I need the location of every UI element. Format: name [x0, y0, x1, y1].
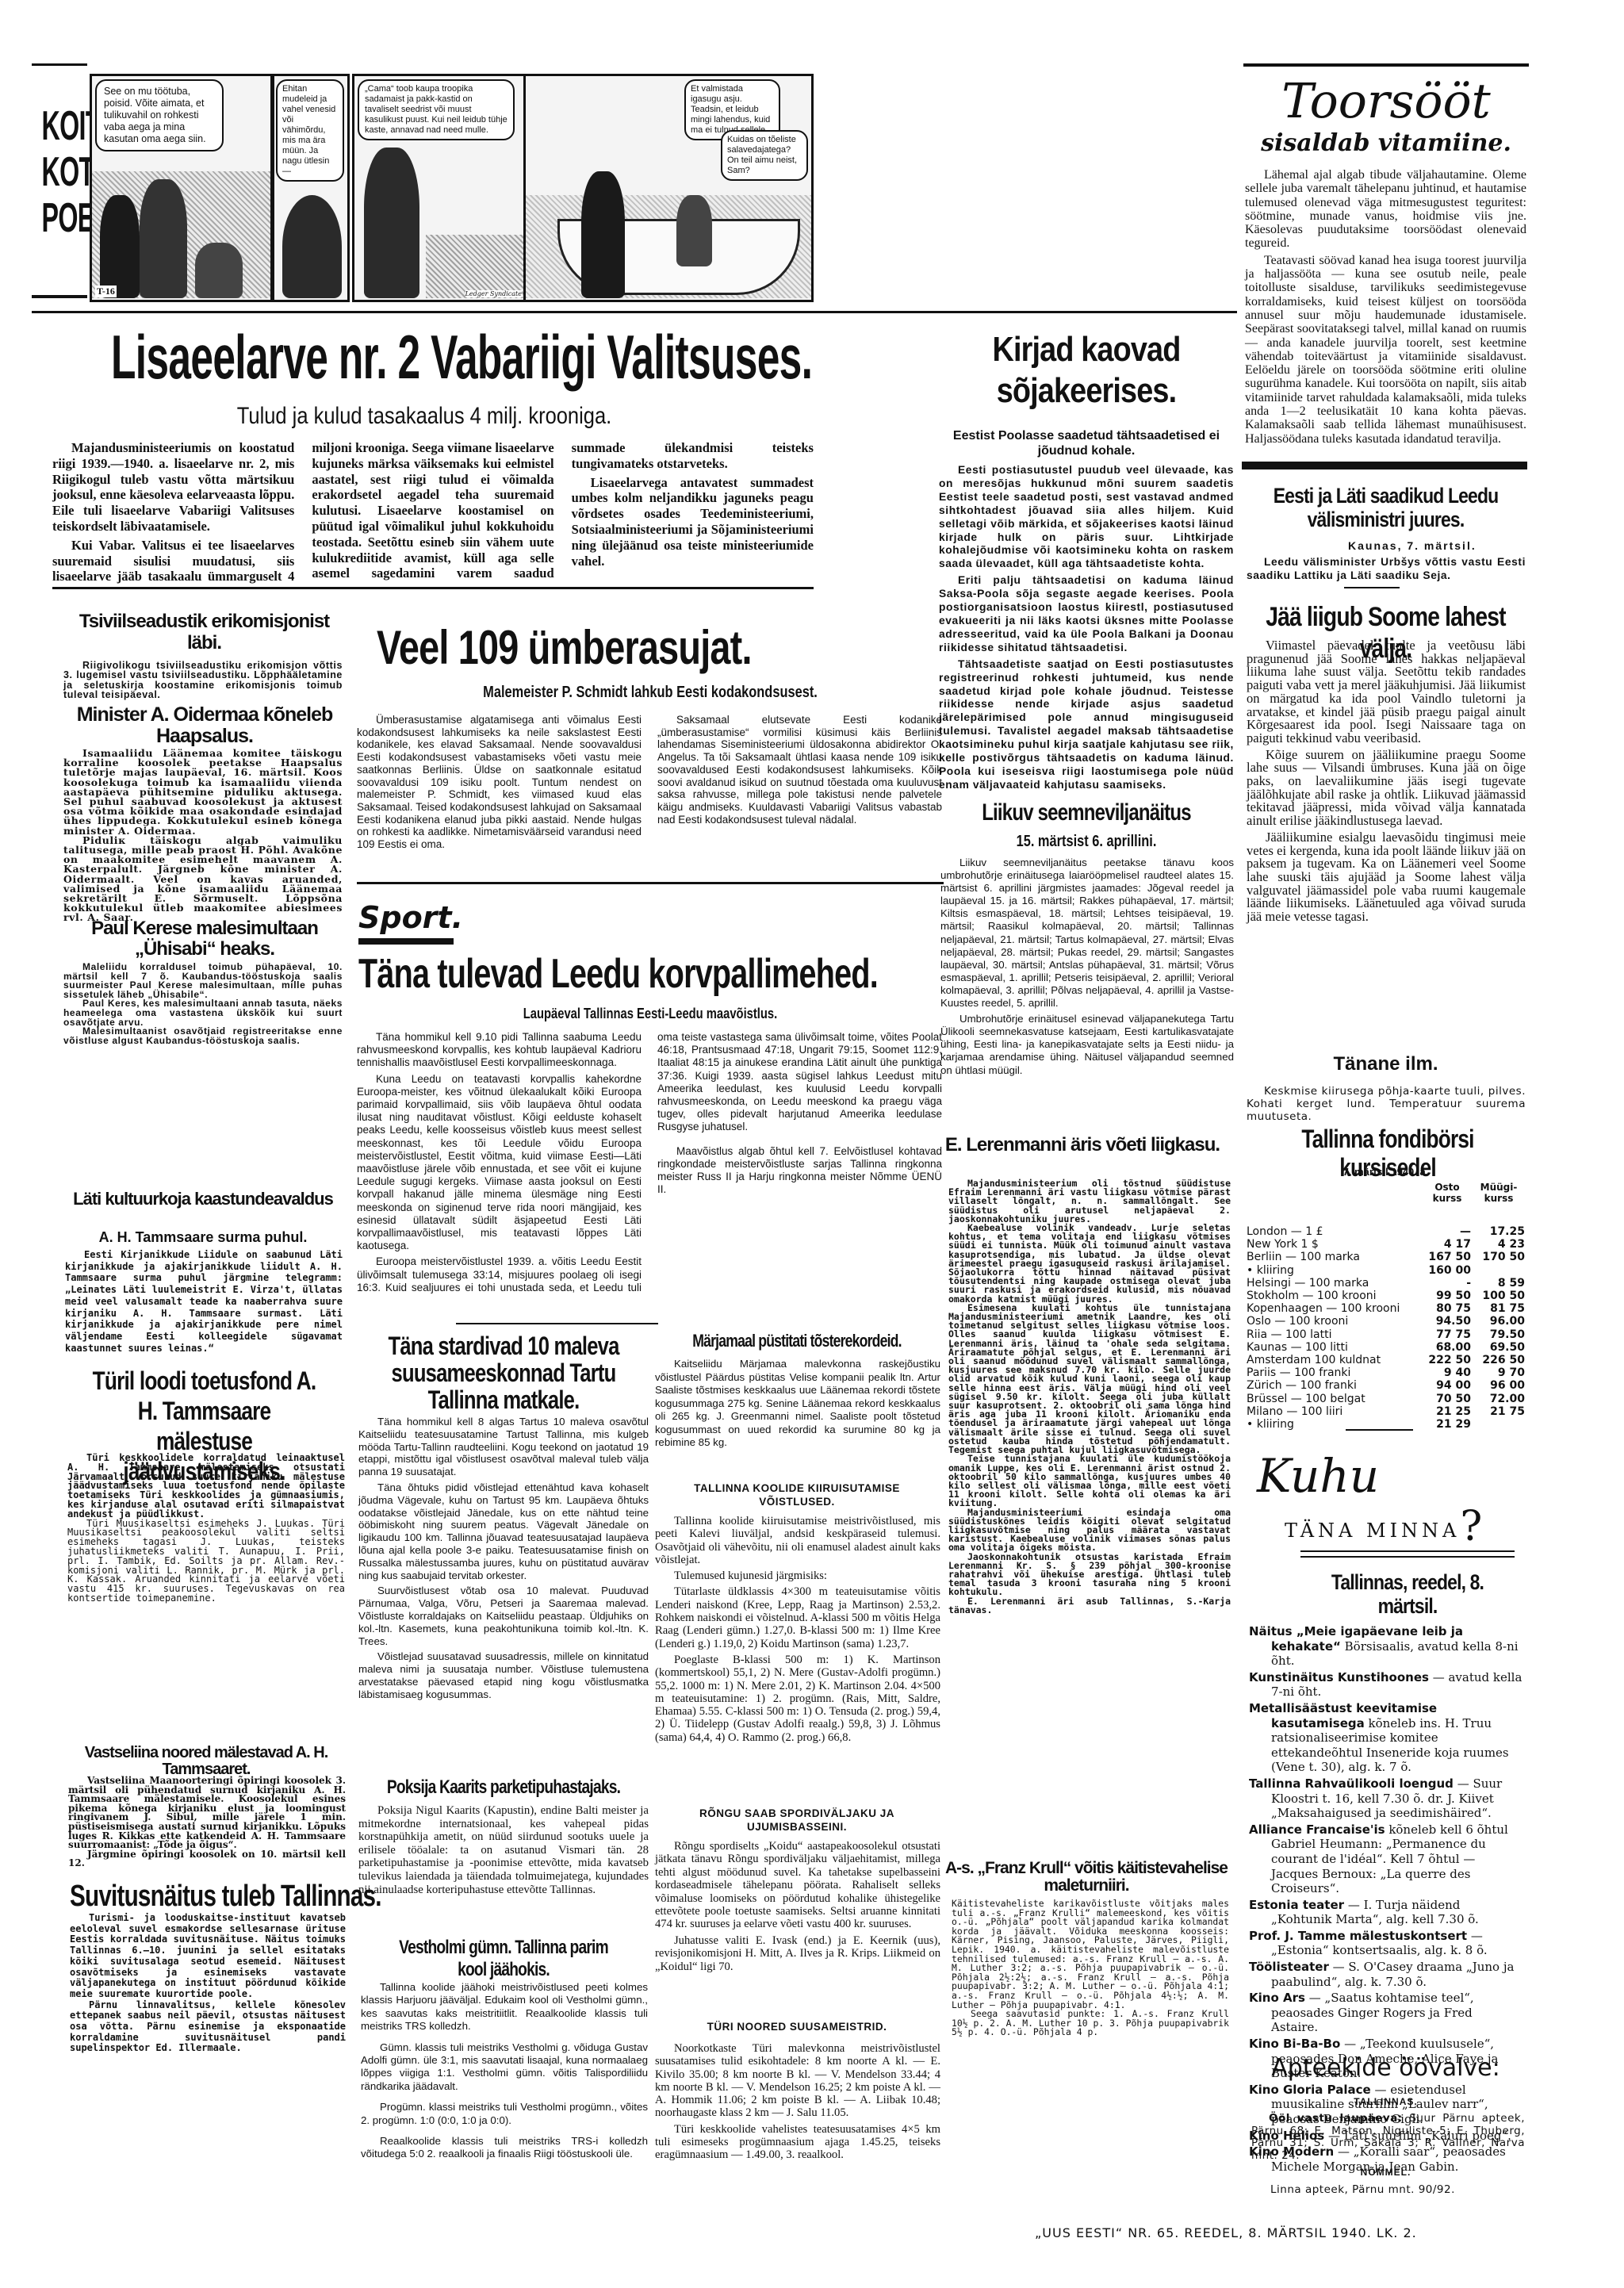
- event-name: Alliance Francaise'is: [1249, 1822, 1385, 1837]
- rule: [52, 587, 814, 589]
- event-item: Näitus „Meie igapäevane leib ja kehakate…: [1249, 1624, 1522, 1669]
- paragraph: Maavõistlus algab õhtul kell 7. Eelvõist…: [657, 1145, 942, 1197]
- buy-rate: 167 50: [1419, 1251, 1473, 1263]
- kirjad-headline: Kirjad kaovad sõjakeerises.: [957, 329, 1216, 412]
- paragraph: Teatavasti söövad kanad hea isuga toores…: [1245, 254, 1526, 446]
- events-list: Näitus „Meie igapäevane leib ja kehakate…: [1249, 1624, 1522, 2175]
- currency-label: London — 1 £: [1245, 1225, 1419, 1238]
- marjamaa-text: Kaitseliidu Märjamaa malevkonna raskejõu…: [655, 1358, 940, 1450]
- vastseliina-headline: Vastseliina noored mälestavad A. H. Tamm…: [79, 1745, 333, 1778]
- kirjad-subhead: Eestist Poolasse saadetud tähtsaadetised…: [936, 428, 1237, 458]
- buy-rate: 94 00: [1419, 1379, 1473, 1392]
- paragraph: Kuna Leedu on teatavasti korvpallis kahe…: [357, 1073, 642, 1253]
- saadikud-dateline: Kaunas, 7. märtsil.: [1348, 539, 1477, 552]
- sell-rate: 226 50: [1473, 1354, 1526, 1366]
- oidermaa-body: Isamaaliidu Läänemaa komitee täiskogu ko…: [63, 749, 343, 923]
- event-name: Kino Bi-Ba-Bo: [1249, 2037, 1340, 2051]
- rule: [32, 63, 87, 66]
- comic-panel-3: „Cama“ toob kaupa troopika sadamaist ja …: [352, 74, 527, 302]
- event-item: Tööliste­ater — S. O'Casey draama „Juno …: [1249, 1960, 1522, 1989]
- paragraph: Tähtsaadetiste saatjad on Eesti postiasu…: [939, 658, 1234, 792]
- rule: [32, 295, 87, 298]
- paragraph: Eriti palju tähtsaadetisi on kaduma läin…: [939, 574, 1234, 654]
- event-name: Kino Ars: [1249, 1991, 1305, 2005]
- buy-rate: -: [1419, 1277, 1473, 1290]
- rule: [456, 1323, 658, 1324]
- lead-subhead: Tulud ja kulud tasakaalus 4 milj. krooni…: [165, 403, 684, 430]
- speech-bubble: Kuidas on tõeliste salavedajatega? On te…: [721, 130, 808, 181]
- currency-label: Kopenhaagen — 100 krooni: [1245, 1302, 1419, 1315]
- paragraph: Noorkotkaste Türi malevkonna meistrivõis…: [655, 2042, 940, 2120]
- exchange-rate-row: • kliiring160 00: [1245, 1264, 1526, 1277]
- rule: [1346, 1429, 1413, 1431]
- sell-rate: 170 50: [1473, 1251, 1526, 1263]
- comic-figure: [676, 195, 712, 266]
- currency-label: Milano — 100 liiri: [1245, 1405, 1419, 1418]
- sell-rate: 100 50: [1473, 1290, 1526, 1302]
- comic-figure: [581, 171, 625, 298]
- comic-title-line: POEG: [41, 195, 79, 241]
- bors-col-header-buy: Osto kurss: [1427, 1182, 1467, 1204]
- exchange-rate-row: Stokholm — 100 krooni99 50100 50: [1245, 1290, 1526, 1302]
- turi-suusk-headline: TÜRI NOORED SUUSAMEISTRID.: [658, 2021, 936, 2033]
- speech-bubble: Ehitan mudeleid ja vahel venesid või väh…: [276, 79, 344, 182]
- paragraph: Esimesena kuulati kohtus üle tunnistajan…: [948, 1304, 1231, 1454]
- paragraph: Progümn. klassi meistriks tuli Vestholmi…: [361, 2101, 648, 2127]
- seemne-headline: Liikuv seemneviljanäitus: [966, 801, 1207, 825]
- bors-date: 7. märtsil 1940. a.: [1245, 1166, 1526, 1178]
- sell-rate: 96 00: [1473, 1379, 1526, 1392]
- paragraph: Rõngu spordiselts „Koidu“ aastapeakoosol…: [655, 1840, 940, 1931]
- exchange-rate-row: Berliin — 100 marka167 50170 50: [1245, 1251, 1526, 1263]
- vestholm-body: Tallinna koolide jäähoki meistrivõistlus…: [361, 1981, 648, 2161]
- korvpall-headline: Täna tulevad Leedu korvpallimehed.: [358, 952, 878, 996]
- vastseliina-body: Vastseliina Maanoorteringi õpiringi koos…: [68, 1776, 346, 1868]
- paragraph: Poeglaste B-klassi 500 m: 1) K. Martinso…: [655, 1654, 940, 1744]
- sell-rate: 21 75: [1473, 1405, 1526, 1418]
- marjamaa-headline: Märjamaal püstitati tõsterekordeid.: [680, 1332, 914, 1350]
- currency-label: Amsterdam 100 kuldnat: [1245, 1354, 1419, 1366]
- currency-label: Helsingi — 100 marka: [1245, 1277, 1419, 1290]
- rule: [1344, 587, 1400, 588]
- comic-figure: [100, 195, 140, 298]
- comic-panel-4: Et valmistada igasugu asju. Teadsin, et …: [523, 74, 814, 302]
- buy-rate: 21 29: [1419, 1418, 1473, 1431]
- event-name: Tööliste­ater: [1249, 1960, 1329, 1974]
- paragraph: Kõige suurem on jääliikumine praegu Soom…: [1247, 749, 1526, 828]
- paragraph: Liikuv seemneviljanäitus peetakse tänavu…: [940, 857, 1234, 1010]
- paragraph: Reaalkoolide klassis tuli meistriks TRS-…: [361, 2135, 648, 2161]
- syndicate-credit: Ledger Syndicate: [465, 290, 522, 297]
- exchange-rate-row: Pariis — 100 franki9 409 70: [1245, 1366, 1526, 1379]
- rongu-body: Rõngu spordiselts „Koidu“ aastapeakoosol…: [655, 1840, 940, 1973]
- paragraph: Juhatusse valiti E. Ivask (end.) ja E. K…: [655, 1934, 940, 1973]
- poksija-headline: Poksija Kaarits parketipuhastajaks.: [383, 1778, 624, 1797]
- buy-rate: 4 17: [1419, 1238, 1473, 1251]
- event-item: Estonia teater — I. Turja näidend „Kohtu…: [1249, 1898, 1522, 1927]
- paragraph: Kaebealuse volinik vandeadv. Lurje selet…: [948, 1224, 1231, 1304]
- paragraph: Paul Keres, kes malesimultaani annab tas…: [63, 999, 343, 1027]
- lati-text: Eesti Kirjanikkude Liidule on saabunud L…: [65, 1249, 343, 1354]
- poksija-text: Poksija Nigul Kaarits (Kapustin), endine…: [358, 1804, 649, 1896]
- paragraph: Lähemal ajal algab tibude väljahautamine…: [1245, 168, 1526, 251]
- exchange-rate-row: Kaunas — 100 litti68.0069.50: [1245, 1341, 1526, 1354]
- paragraph: Piduliк täiskogu algab vaimuliku talitus…: [63, 836, 343, 923]
- speech-bubble: See on mu töötuba, poisid. Võite aimata,…: [95, 79, 224, 151]
- paragraph: E. Lerenmanni äri asub Tallinnas, S.-Kar…: [948, 1597, 1231, 1615]
- rule: [1300, 1550, 1515, 1552]
- paragraph: Jääliikumine esialgu laevasõidu tingimus…: [1247, 831, 1526, 924]
- korvpall-subhead: Laupäeval Tallinnas Eesti-Leedu maavõist…: [410, 1006, 891, 1022]
- kiiruisk-headline: TALLINNA KOOLIDE KIIRUISUTAMISE VÕISTLUS…: [658, 1481, 936, 1508]
- sell-rate: 4 23: [1473, 1238, 1526, 1251]
- currency-label: Brüssel — 100 belgat: [1245, 1393, 1419, 1405]
- paragraph: Majandusministeeriumis on koostatud riig…: [52, 440, 294, 535]
- lerenmann-body: Majandusministeerium oli tõstnud süüdist…: [948, 1179, 1231, 1615]
- apteek-nomme-text: Linna apteek, Pärnu mnt. 90/92.: [1253, 2183, 1526, 2198]
- currency-label: Zürich — 100 franki: [1245, 1379, 1419, 1392]
- kiiruisk-body: Tallinna koolide kiiruisutamise meistriv…: [655, 1515, 940, 1744]
- paragraph: Majandusministeerium oli tõstnud süüdist…: [948, 1179, 1231, 1224]
- sell-rate: 69.50: [1473, 1341, 1526, 1354]
- exchange-rate-row: New York 1 $4 174 23: [1245, 1238, 1526, 1251]
- comic-figure: [364, 148, 419, 298]
- currency-label: Riia — 100 latti: [1245, 1328, 1419, 1341]
- comic-figure: [195, 243, 243, 298]
- paragraph: Turismi- ja looduskaitse-instituut kavat…: [70, 1913, 346, 2000]
- exchange-rates-table: London — 1 £—17.25New York 1 $4 174 23Be…: [1245, 1225, 1526, 1431]
- comic-title-line: KOTKA: [41, 149, 79, 195]
- paragraph: Tütarlaste üldklassis 4×300 m teateuisut…: [655, 1585, 940, 1650]
- page-footer: „UUS EESTI“ NR. 65. REEDEL, 8. MÄRTSIL 1…: [1035, 2225, 1417, 2240]
- rule: [936, 311, 1237, 313]
- suusk-headline: Täna stardivad 10 maleva suusameeskonnad…: [383, 1332, 624, 1413]
- paragraph: Ümberasustamise algatamisega anti võimal…: [357, 714, 642, 851]
- comic-figure: [282, 195, 342, 298]
- question-mark-icon: ?: [1460, 1503, 1482, 1550]
- exchange-rate-row: Zürich — 100 franki94 0096 00: [1245, 1379, 1526, 1392]
- umberasujad-body: Ümberasustamise algatamisega anti võimal…: [357, 714, 942, 851]
- paragraph: Lisaeelarvega antavatest summadest umbes…: [572, 475, 814, 569]
- comic-title-line: KOIT: [41, 103, 79, 149]
- jaa-body: Viimastel päevadel tuulte ja veetõusu lä…: [1247, 639, 1526, 924]
- exchange-rate-row: Milano — 100 liiri21 2521 75: [1245, 1405, 1526, 1418]
- apteek-night-label: Ööl vastu laupäeva:: [1269, 2112, 1403, 2125]
- event-name: Tallinna Rahvaülikooli loengud: [1249, 1776, 1454, 1791]
- lerenmann-headline: E. Lerenmanni äris võeti liigkasu.: [936, 1134, 1229, 1156]
- exchange-rate-row: Amsterdam 100 kuldnat222 50226 50: [1245, 1354, 1526, 1366]
- rule: [1243, 63, 1529, 67]
- buy-rate: 160 00: [1419, 1264, 1473, 1277]
- sell-rate: 96.00: [1473, 1315, 1526, 1328]
- paragraph: Käitistevaheliste karikavõistluste võitj…: [952, 1899, 1229, 2010]
- paragraph: Viimastel päevadel tuulte ja veetõusu lä…: [1247, 639, 1526, 745]
- kuhu-caps: TÄNA MINNA?: [1285, 1503, 1482, 1550]
- paragraph: Järgmine õpiringi koosolek on 10. märtsi…: [68, 1850, 346, 1868]
- ilm-headline: Tänane ilm.: [1245, 1055, 1526, 1074]
- rongu-headline: RÕNGU SAAB SPORDIVÄLJAKU JA UJUMISBASSEI…: [658, 1807, 936, 1834]
- comic-panel-2: Ehitan mudeleid ja vahel venesid või väh…: [272, 74, 350, 302]
- exchange-rate-row: Oslo — 100 krooni94.5096.00: [1245, 1315, 1526, 1328]
- event-name: Kunstinäitus Kunstihoones: [1249, 1670, 1429, 1684]
- paragraph: Malesimultaanist osavõtjaid registreerit…: [63, 1027, 343, 1045]
- speech-bubble: „Cama“ toob kaupa troopika sadamaist ja …: [358, 79, 515, 140]
- apteek-headline: Apteekide öövalve:: [1245, 2054, 1526, 2082]
- paragraph: Täna hommikul kell 8 algas Tartus 10 mal…: [358, 1416, 649, 1478]
- paragraph: Isamaaliidu Läänemaa komitee täiskogu ko…: [63, 749, 343, 836]
- event-item: Tallinna Rahvaülikooli loengud — Suur Kl…: [1249, 1776, 1522, 1821]
- paragraph: Täna hommikul kell 9.10 pidi Tallinna sa…: [357, 1031, 642, 1070]
- currency-label: Stokholm — 100 krooni: [1245, 1290, 1419, 1302]
- apteek-city-tallinn: TALLINNAS.: [1245, 2096, 1526, 2107]
- oidermaa-headline: Minister A. Oidermaa kõneleb Haapsalus.: [62, 704, 347, 747]
- ilm-text: Keskmise kiirusega põhja-kaarte tuuli, p…: [1247, 1085, 1526, 1123]
- sell-rate: [1473, 1264, 1526, 1277]
- buy-rate: 77 75: [1419, 1328, 1473, 1341]
- krull-body: Käitistevaheliste karikavõistluste võitj…: [952, 1899, 1229, 2037]
- comic-title: KOIT KOTKA POEG: [30, 103, 90, 241]
- toorsoot-subtitle: sisaldab vitamiine.: [1243, 129, 1529, 157]
- paragraph: Tulemused kujunesid järgmisiks:: [655, 1569, 940, 1582]
- comic-figure: [140, 179, 187, 298]
- apteek-city-nomme: NÕMMEL.: [1245, 2167, 1526, 2178]
- seemne-body: Liikuv seemneviljanäitus peetakse tänavu…: [940, 857, 1234, 1077]
- event-item: Kunstinäitus Kunstihoones — avatud kella…: [1249, 1670, 1522, 1700]
- buy-rate: 99 50: [1419, 1290, 1473, 1302]
- event-item: Prof. J. Tamme mälestuskontsert — „Eston…: [1249, 1929, 1522, 1958]
- paragraph: Türi keskkoolidele korraldatud leinaaktu…: [67, 1454, 345, 1520]
- sell-rate: 17.25: [1473, 1225, 1526, 1238]
- lead-body: Majandusministeeriumis on koostatud riig…: [52, 440, 814, 584]
- suvitus-body: Turismi- ja looduskaitse-instituut kavat…: [70, 1913, 346, 2054]
- vestholm-headline: Vestholmi gümn. Tallinna parim kool jääh…: [383, 1937, 624, 1981]
- paragraph: Maleliidu korraldusel toimub pühapäeval,…: [63, 963, 343, 999]
- krull-headline: A-s. „Franz Krull“ võitis käitistevaheli…: [944, 1860, 1229, 1895]
- event-name: Kino Gloria Palace: [1249, 2083, 1371, 2097]
- kuhu-heading: Tallinnas, reedel, 8. märtsil.: [1316, 1570, 1499, 1618]
- rule: [357, 882, 944, 884]
- sport-label: Sport.: [358, 900, 463, 935]
- exchange-rate-row: Kopenhaagen — 100 krooni80 7581 75: [1245, 1302, 1526, 1315]
- paragraph: Gümn. klassis tuli meistriks Vestholmi g…: [361, 2041, 648, 2094]
- paragraph: Võistlejad suusatavad suusadressis, mill…: [358, 1650, 649, 1700]
- exchange-rate-row: Brüssel — 100 belgat70 5072.00: [1245, 1393, 1526, 1405]
- rule: [358, 938, 454, 945]
- paragraph: Vastseliina Maanoorteringi õpiringi koos…: [68, 1776, 346, 1850]
- paragraph: Jaoskonnakohtunik otsustas karistada Efr…: [948, 1553, 1231, 1597]
- turi-suusk-body: Noorkotkaste Türi malevkonna meistrivõis…: [655, 2042, 940, 2162]
- rule: [1300, 1556, 1515, 1558]
- buy-rate: 68.00: [1419, 1341, 1473, 1354]
- seemne-subhead: 15. märtsist 6. aprillini.: [963, 833, 1210, 851]
- currency-label: Pariis — 100 franki: [1245, 1366, 1419, 1379]
- event-item: Metallisäästust keevitamise kasutamisega…: [1249, 1701, 1522, 1775]
- paragraph: Türi keskkoolide vahelistes teatesuusata…: [655, 2123, 940, 2162]
- korvpall-body: Täna hommikul kell 9.10 pidi Tallinna sa…: [357, 1031, 942, 1305]
- apteek-tallinn-text: Ööl vastu laupäeva: Suur Pärnu apteek, P…: [1251, 2113, 1525, 2162]
- exchange-rate-row: Helsingi — 100 marka-8 59: [1245, 1277, 1526, 1290]
- sell-rate: 8 59: [1473, 1277, 1526, 1290]
- turi-body: Türi keskkoolidele korraldatud leinaaktu…: [67, 1454, 345, 1604]
- paragraph: Pärnu linnavalitsus, kellele kõnesolev e…: [70, 2000, 346, 2055]
- paragraph: Tallinna koolide kiiruisutamise meistriv…: [655, 1515, 940, 1566]
- buy-rate: 94.50: [1419, 1315, 1473, 1328]
- toorsoot-body: Lähemal ajal algab tibude väljahautamine…: [1245, 168, 1526, 446]
- kirjad-body: Eesti postiasutustel puudub veel ülevaad…: [939, 464, 1234, 792]
- suusk-body: Täna hommikul kell 8 algas Tartus 10 mal…: [358, 1416, 649, 1701]
- paragraph: Saksamaal elutsevate Eesti kodanike „ümb…: [657, 714, 942, 826]
- paragraph: Majandusministeeriumi esindaja oma süüdi…: [948, 1508, 1231, 1553]
- tsiviil-headline: Tsiviilseadustik erikomisjonist läbi.: [63, 611, 345, 653]
- lati-subhead: A. H. Tammsaare surma puhul.: [63, 1229, 343, 1246]
- lead-headline: Lisaeelarve nr. 2 Vabariigi Valitsuses.: [111, 325, 812, 389]
- comic-shading: [426, 235, 525, 298]
- suvitus-headline: Suvitusnäitus tuleb Tallinnas.: [70, 1880, 381, 1913]
- currency-label: New York 1 $: [1245, 1238, 1419, 1251]
- panel-code: T-16: [95, 286, 117, 297]
- tsiviil-text: Riigivolikogu tsiviilseadustiku erikomis…: [63, 661, 343, 699]
- currency-label: • kliiring: [1245, 1264, 1419, 1277]
- saadikud-text: Leedu välisminister Urbšys võttis vastu …: [1247, 555, 1526, 582]
- event-item: Alliance Francaise'is kõneleb kell 6 õht…: [1249, 1822, 1522, 1896]
- keres-headline: Paul Kerese malesimultaan „Ühisabi“ heak…: [62, 918, 347, 960]
- sell-rate: 81 75: [1473, 1302, 1526, 1315]
- saadikud-headline: Eesti ja Läti saadikud Leedu välisminist…: [1266, 484, 1506, 531]
- lati-headline: Läti kultuurkoja kaastundeavaldus: [63, 1190, 343, 1209]
- keres-body: Maleliidu korraldusel toimub pühapäeval,…: [63, 963, 343, 1045]
- comic-panel-1: See on mu töötuba, poisid. Võite aimata,…: [90, 74, 273, 302]
- sell-rate: 79.50: [1473, 1328, 1526, 1341]
- bors-col-header-sell: Müügi-kurss: [1475, 1182, 1522, 1204]
- exchange-rate-row: London — 1 £—17.25: [1245, 1225, 1526, 1238]
- currency-label: Berliin — 100 marka: [1245, 1251, 1419, 1263]
- buy-rate: 222 50: [1419, 1354, 1473, 1366]
- currency-label: Oslo — 100 krooni: [1245, 1315, 1419, 1328]
- paragraph: Tallinna koolide jäähoki meistrivõistlus…: [361, 1981, 648, 2033]
- sell-rate: [1473, 1418, 1526, 1431]
- kuhu-script: Kuhu: [1257, 1451, 1379, 1500]
- currency-label: Kaunas — 100 litti: [1245, 1341, 1419, 1354]
- buy-rate: —: [1419, 1225, 1473, 1238]
- toorsoot-title: Toorsööt: [1243, 75, 1529, 128]
- umberasujad-subhead: Malemeister P. Schmidt lahkub Eesti koda…: [410, 684, 891, 702]
- umberasujad-headline: Veel 109 ümberasujat.: [377, 623, 752, 673]
- paragraph: Seega saavutasid punkte: 1. A.-s. Franz …: [952, 2010, 1229, 2037]
- buy-rate: 9 40: [1419, 1366, 1473, 1379]
- paragraph: Türi Muusikaseltsi esimeheks J. Luukas. …: [67, 1520, 345, 1604]
- event-item: Kino Ars — „Saatus kohtamise teel“, peao…: [1249, 1991, 1522, 2035]
- paragraph: Täna õhtuks pidid võistlejad ettenähtud …: [358, 1481, 649, 1581]
- kuhu-caps-text: TÄNA MINNA: [1285, 1520, 1460, 1542]
- event-name: Prof. J. Tamme mälestuskontsert: [1249, 1929, 1467, 1943]
- buy-rate: 70 50: [1419, 1393, 1473, 1405]
- paragraph: Teise tunnistajana kuulati üle kudumistö…: [948, 1454, 1231, 1508]
- event-name: Estonia teater: [1249, 1898, 1344, 1912]
- paragraph: Umbrohutõrje erinäitusel esinevad väljap…: [940, 1013, 1234, 1076]
- paragraph: Suurvõistlusest võtab osa 10 malevat. Pu…: [358, 1585, 649, 1647]
- paragraph: Eesti postiasutustel puudub veel ülevaad…: [939, 464, 1234, 571]
- rule: [1242, 462, 1527, 469]
- buy-rate: 80 75: [1419, 1302, 1473, 1315]
- exchange-rate-row: Riia — 100 latti77 7579.50: [1245, 1328, 1526, 1341]
- sell-rate: 72.00: [1473, 1393, 1526, 1405]
- buy-rate: 21 25: [1419, 1405, 1473, 1418]
- sell-rate: 9 70: [1473, 1366, 1526, 1379]
